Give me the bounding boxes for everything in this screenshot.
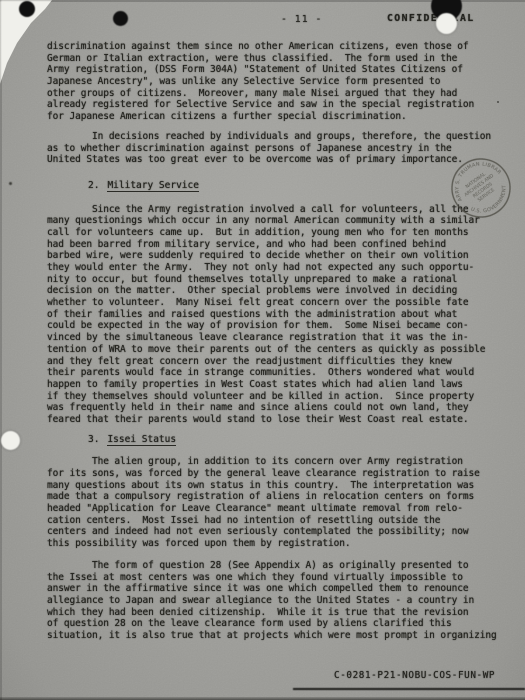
paragraph: The alien group, in addition to its conc… (47, 456, 515, 550)
section-heading-issei-status: 3.Issei Status (47, 434, 515, 446)
ink-dot-mark (113, 11, 128, 26)
classification-marking: CONFIDENTIAL (387, 13, 475, 24)
speck (9, 182, 12, 185)
punch-hole (1, 431, 20, 450)
paragraph: discrimination against them since no oth… (47, 41, 515, 123)
document-body: discrimination against them since no oth… (47, 41, 515, 642)
paragraph: The form of question 28 (See Appendix A)… (47, 560, 515, 642)
document-code: C-0281-P21-NOBU-COS-FUN-WP (334, 670, 495, 681)
punch-hole (436, 13, 457, 34)
ink-dot-mark (19, 1, 35, 17)
scan-left-edge (0, 0, 2, 700)
page-number: - 11 - (281, 14, 322, 25)
scanned-document-page: - 11 - CONFIDENTIAL discrimination again… (0, 0, 525, 700)
bottom-rule-line (293, 688, 525, 690)
section-title: Issei Status (107, 434, 176, 447)
paragraph: In decisions reached by individuals and … (47, 131, 515, 166)
scan-bottom-edge (0, 697, 525, 700)
section-number: 3. (88, 434, 99, 445)
paragraph: Since the Army registration involved a c… (47, 204, 515, 426)
section-number: 2. (88, 180, 99, 191)
section-title: Military Service (107, 180, 199, 193)
